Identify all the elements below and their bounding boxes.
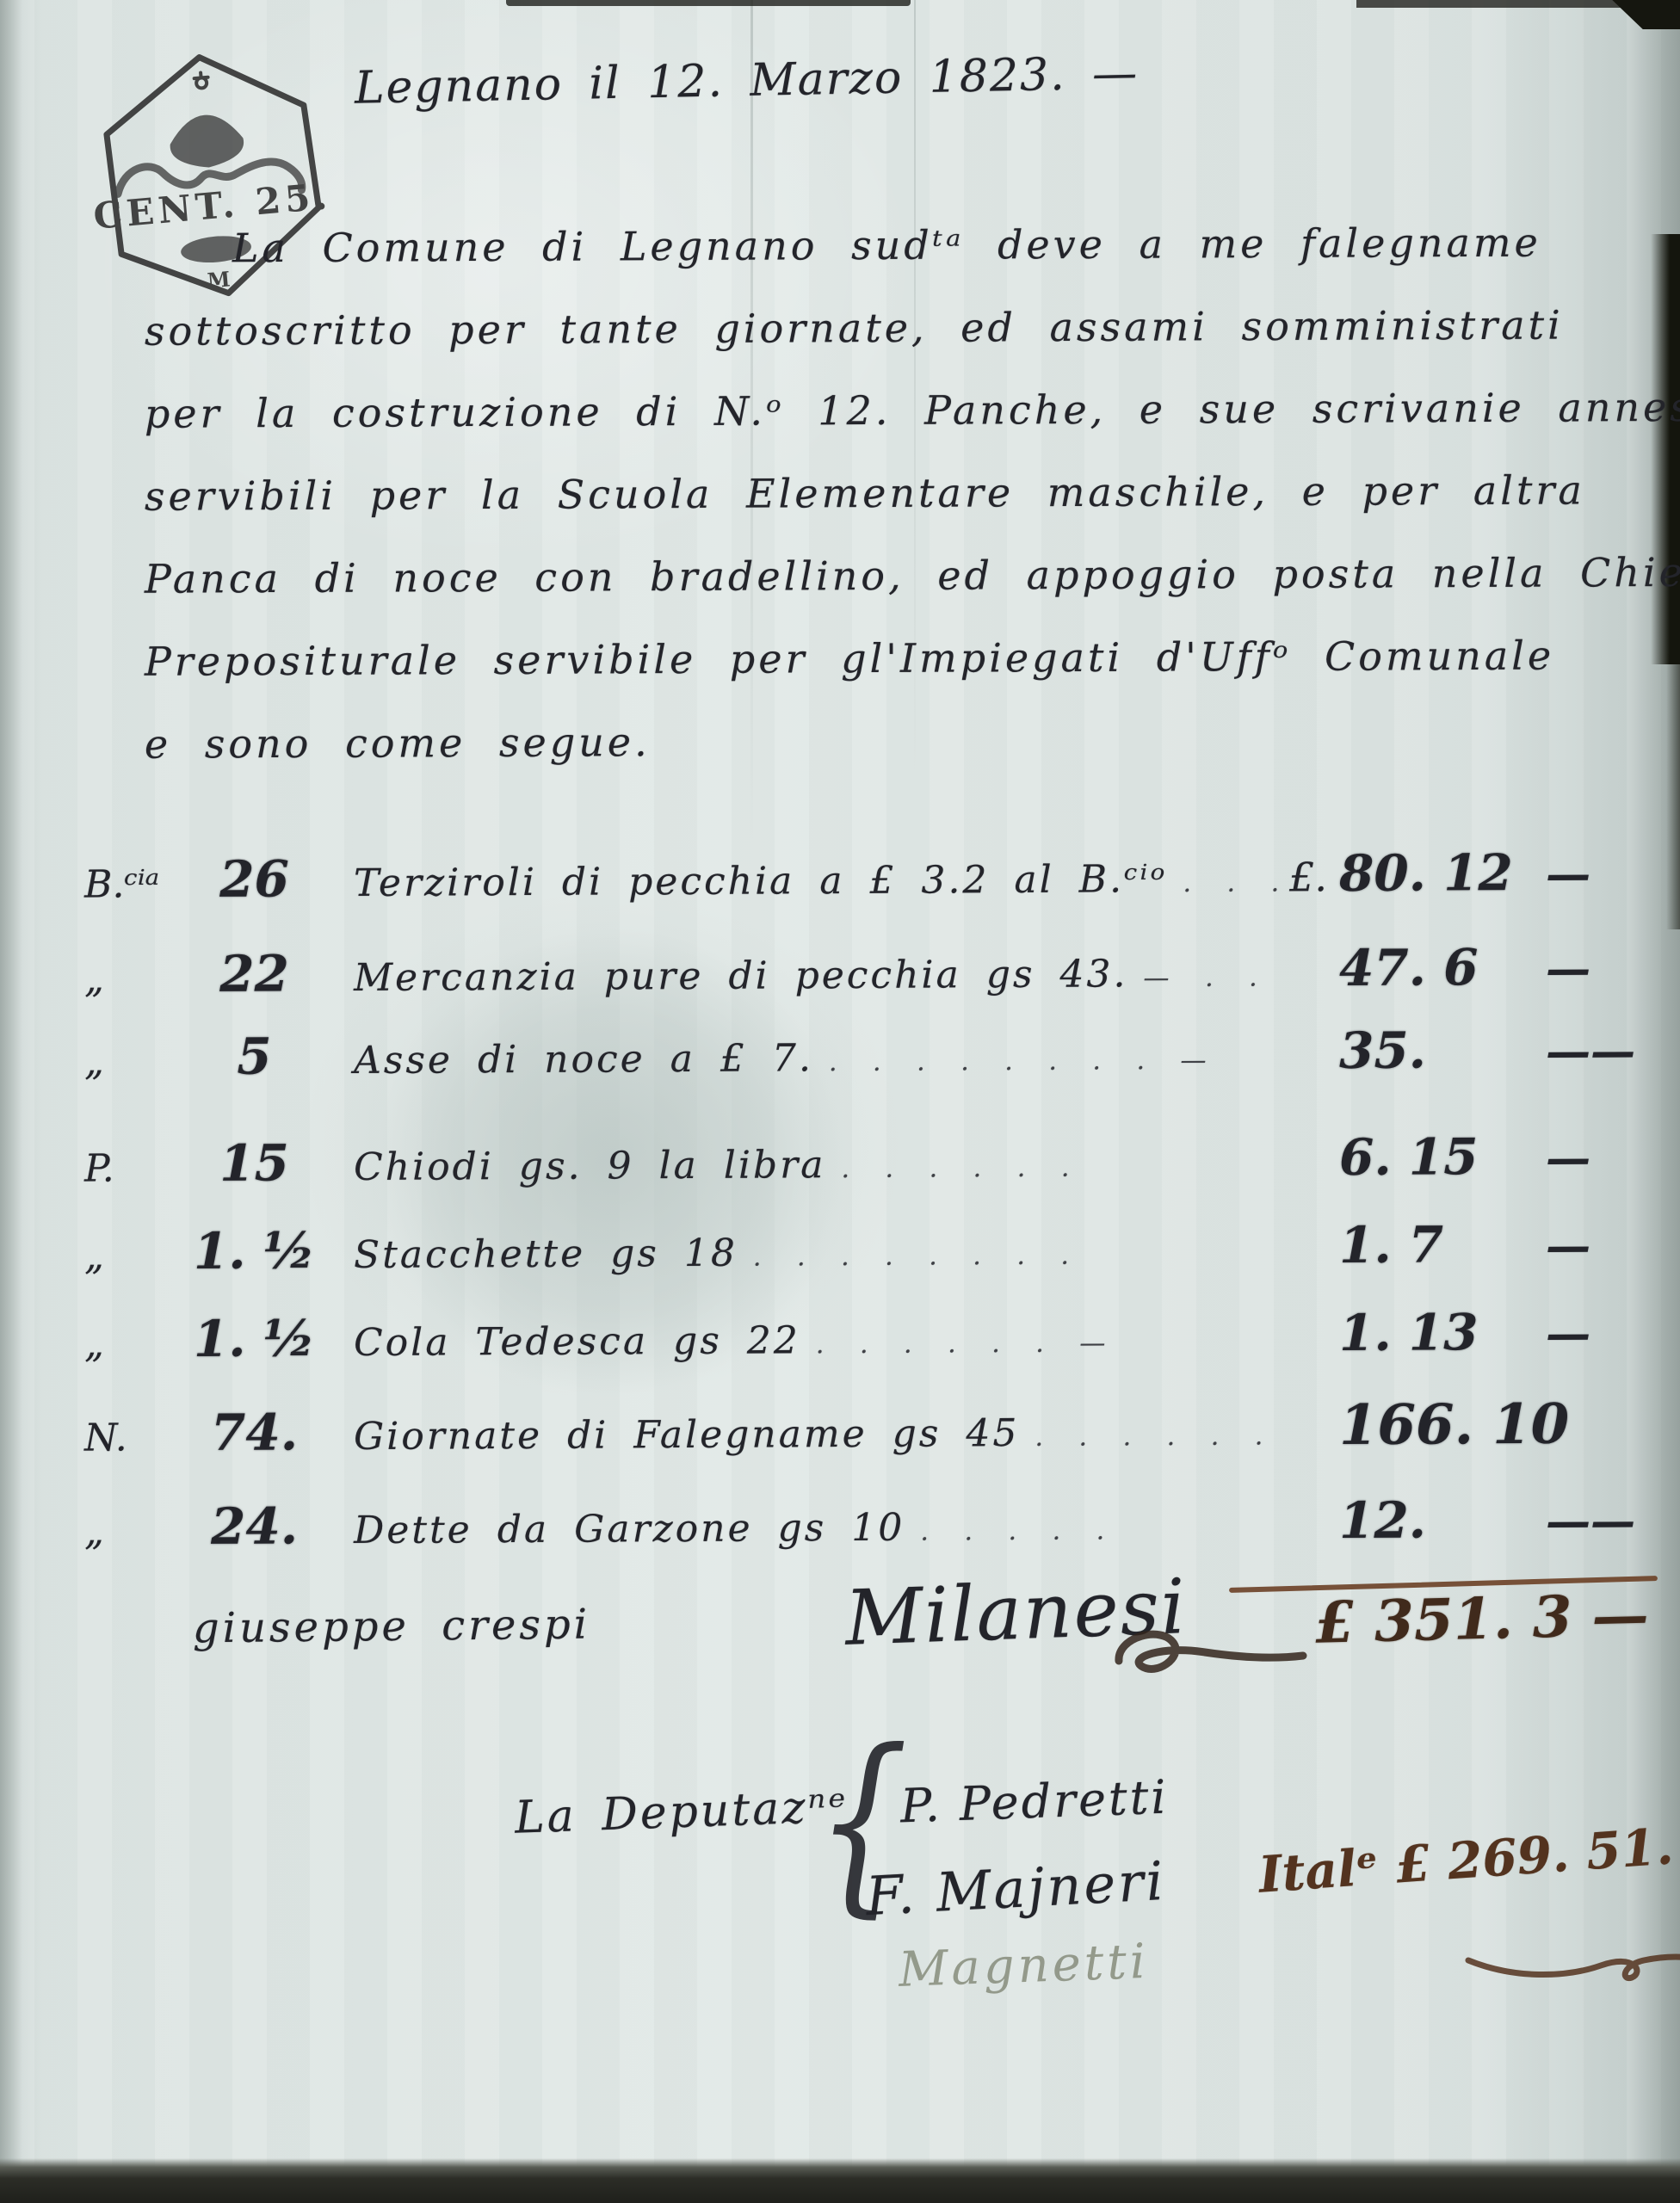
item-dash: ——: [1546, 1495, 1623, 1547]
item-amount: 12.: [1339, 1490, 1546, 1550]
item-unit: P.: [84, 1146, 179, 1191]
item-desc: Stacchette gs 18: [354, 1231, 738, 1277]
dot-leader: . . . . .: [905, 1515, 1289, 1546]
dot-leader: — . .: [1127, 962, 1289, 993]
photo-edge-right: [1666, 654, 1680, 929]
item-dash: —: [1546, 1219, 1623, 1272]
item-qty: 24.: [179, 1496, 330, 1556]
item-qty: 26: [179, 849, 330, 909]
item-desc: Giornate di Falegname gs 45: [354, 1411, 1020, 1459]
grand-total: £ 351. 3 —: [1314, 1581, 1649, 1656]
item-desc: Dette da Garzone gs 10: [354, 1506, 905, 1552]
document-page: CENT. 25. M Legnano il 12. Marzo 1823. —…: [0, 0, 1680, 2203]
invoice-item-row: P. 15 Chiodi gs. 9 la libra . . . . . . …: [84, 1126, 1623, 1193]
item-amount: 1. 7: [1339, 1215, 1546, 1274]
item-qty: 5: [179, 1027, 330, 1086]
body-line: sottoscritto per tante giornate, ed assa…: [145, 301, 1618, 390]
signature-majneri: F. Majneri: [864, 1849, 1167, 1928]
dot-leader: . . . . . .: [825, 1151, 1289, 1184]
signature-pedretti: P. Pedretti: [899, 1770, 1170, 1834]
item-desc: Terziroli di pecchia a £ 3.2 al B.ᶜⁱᵒ: [354, 857, 1168, 905]
item-dash: —: [1546, 1307, 1623, 1360]
item-dash: —: [1546, 1132, 1623, 1184]
item-qty: 22: [179, 944, 330, 1003]
dot-leader: . . . . . . . . —: [813, 1045, 1289, 1077]
invoice-item-row: „ 22 Mercanzia pure di pecchia gs 43. — …: [84, 937, 1623, 1003]
body-line: e sono come segue.: [145, 714, 1618, 803]
item-unit: „: [84, 957, 179, 1002]
italian-lire-total: Italᵉ £ 269. 51.: [1257, 1817, 1675, 1904]
deputation-label: La Deputazⁿᵉ: [514, 1780, 849, 1843]
item-dash: —: [1546, 848, 1623, 900]
item-desc: Asse di noce a £ 7.: [354, 1036, 813, 1083]
item-amount: 47. 6: [1339, 938, 1546, 997]
item-desc: Cola Tedesca gs 22: [354, 1318, 800, 1365]
photo-edge-shadow-left: [0, 0, 22, 2203]
item-qty: 1. ½: [179, 1221, 330, 1280]
signature-giuseppe-crespi: giuseppe crespi: [193, 1601, 591, 1653]
lira-symbol: £.: [1289, 854, 1339, 900]
invoice-item-row: „ 24. Dette da Garzone gs 10 . . . . . 1…: [84, 1490, 1623, 1556]
item-dash: ——: [1546, 1025, 1623, 1077]
item-amount: 6. 15: [1339, 1127, 1546, 1187]
item-amount: 166. 10: [1339, 1392, 1546, 1458]
dot-leader: . . . . . . —: [800, 1327, 1289, 1360]
item-unit: „: [84, 1040, 179, 1084]
item-desc: Mercanzia pure di pecchia gs 43.: [354, 952, 1128, 1000]
invoice-item-row: „ 5 Asse di noce a £ 7. . . . . . . . . …: [84, 1020, 1623, 1086]
invoice-item-row: „ 1. ½ Stacchette gs 18 . . . . . . . . …: [84, 1214, 1623, 1280]
item-amount: 1. 13: [1339, 1303, 1546, 1362]
signature-flourish: [1110, 1620, 1308, 1688]
photo-edge-top: [506, 0, 911, 6]
item-dash: —: [1546, 942, 1623, 995]
dot-leader: . . . .: [1167, 867, 1289, 898]
item-amount: 80. 12: [1339, 843, 1546, 903]
item-qty: 74.: [179, 1403, 330, 1462]
item-amount: 35.: [1339, 1021, 1546, 1080]
body-line: Panca di noce con bradellino, ed appoggi…: [145, 549, 1618, 638]
photo-edge-bottom: [0, 2158, 1680, 2203]
body-line: Prepositurale servibile per gl'Impiegati…: [145, 632, 1618, 720]
item-unit: B.ᶜⁱᵃ: [84, 862, 179, 907]
item-unit: N.: [84, 1416, 179, 1460]
dot-leader: . . . . . . . .: [738, 1239, 1289, 1272]
item-desc: Chiodi gs. 9 la libra: [354, 1143, 826, 1189]
dateline: Legnano il 12. Marzo 1823. —: [355, 47, 1140, 114]
body-line: La Comune di Legnano sudᵗᵃ deve a me fal…: [145, 219, 1618, 307]
item-unit: „: [84, 1509, 179, 1554]
item-unit: „: [84, 1322, 179, 1367]
item-unit: „: [84, 1234, 179, 1279]
photo-edge-right: [1651, 234, 1680, 664]
body-line: servibili per la Scuola Elementare masch…: [145, 466, 1618, 555]
item-qty: 15: [179, 1133, 330, 1193]
invoice-item-row: B.ᶜⁱᵃ 26 Terziroli di pecchia a £ 3.2 al…: [84, 842, 1623, 909]
body-line: per la costruzione di N.ᵒ 12. Panche, e …: [145, 384, 1618, 472]
italian-total-flourish: [1463, 1935, 1680, 1986]
invoice-item-row: „ 1. ½ Cola Tedesca gs 22 . . . . . . — …: [84, 1302, 1623, 1368]
signature-magnetti: Magnetti: [898, 1934, 1150, 1998]
crown-icon: [164, 70, 245, 170]
dot-leader: . . . . . .: [1019, 1421, 1289, 1453]
body-paragraph: La Comune di Legnano sudᵗᵃ deve a me fal…: [145, 222, 1618, 800]
invoice-item-row: N. 74. Giornate di Falegname gs 45 . . .…: [84, 1392, 1623, 1464]
item-qty: 1. ½: [179, 1309, 330, 1368]
